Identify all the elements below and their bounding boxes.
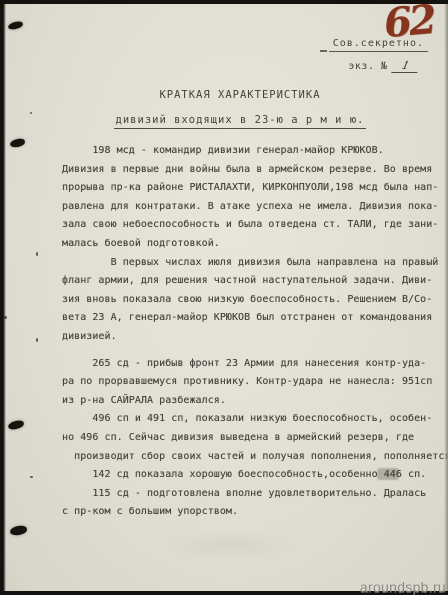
text-line: из р-на САЙРАЛА разбежался.: [62, 392, 444, 411]
title-block: КРАТКАЯ ХАРАКТЕРИСТИКА дивизий входящих …: [70, 89, 410, 129]
text-line: В первых числах июля дивизия была направ…: [62, 254, 444, 273]
text-line: 115 сд - подготовлена вполне удовлетвори…: [62, 485, 444, 504]
text-line: но 496 сп. Сейчас дивизия выведена в арм…: [62, 429, 444, 448]
staple-mark: [9, 138, 25, 148]
overtyped-correction-smudge: [377, 468, 399, 480]
text-line: Дивизия в первые дни войны была в армейс…: [62, 161, 444, 180]
watermark: aroundspb.ru: [360, 579, 446, 595]
text-line: 198 мсд - командир дивизии генерал-майор…: [62, 142, 444, 161]
text-line: 496 сп и 491 сп, показали низкую боеспос…: [62, 410, 444, 429]
paper-speck: [36, 252, 38, 256]
handwritten-copy-number: 1: [391, 59, 420, 73]
paper-stain: [160, 530, 300, 560]
staple-mark: [9, 525, 27, 536]
text-line: производит сбор своих частей и получая п…: [62, 448, 444, 467]
scan-edge-left: [0, 0, 6, 595]
scan-edge-top: [0, 0, 448, 4]
copy-number-line: экз. №1: [348, 59, 418, 73]
paper-speck: [36, 338, 38, 342]
scan-edge-right: [444, 0, 448, 595]
text-line: фланг армии, для решения частной наступа…: [62, 272, 444, 291]
text-line: зала свою небоеспособность и была отведе…: [62, 216, 444, 235]
document-title: КРАТКАЯ ХАРАКТЕРИСТИКА: [70, 89, 410, 101]
paper-speck: [30, 112, 32, 114]
text-line: зия вновь показала свою низкую боеспособ…: [62, 291, 444, 310]
text-line: ра по прорвавшемуся противнику. Контр-уд…: [62, 373, 444, 392]
text-line: прорыва пр-ка районе РИСТАЛАХТИ, КИРКОНП…: [62, 179, 444, 198]
text-line: малась боевой подготовкой.: [62, 235, 444, 254]
pen-dash-mark: [320, 50, 327, 52]
text-line: дивизией.: [62, 328, 444, 347]
staple-mark: [7, 419, 24, 430]
text-line: вета 23 А, генерал-майор КРЮКОВ был отст…: [62, 309, 444, 328]
copy-label: экз. №: [348, 61, 387, 72]
handwritten-page-number: 62: [382, 0, 436, 47]
document-body: 198 мсд - командир дивизии генерал-майор…: [62, 142, 444, 522]
text-line: с пр-ком с большим упорством.: [62, 503, 444, 522]
scanned-document: 62 Сов.секретно. экз. №1 КРАТКАЯ ХАРАКТЕ…: [0, 0, 448, 595]
text-line: равлена для контратаки. В атаке успеха н…: [62, 198, 444, 217]
text-line: 265 сд - прибыв фронт 23 Армии для нанес…: [62, 355, 444, 374]
paper-speck: [30, 476, 33, 478]
staple-mark: [7, 21, 23, 31]
document-subtitle: дивизий входящих в 23-ю а р м и ю.: [114, 114, 367, 129]
